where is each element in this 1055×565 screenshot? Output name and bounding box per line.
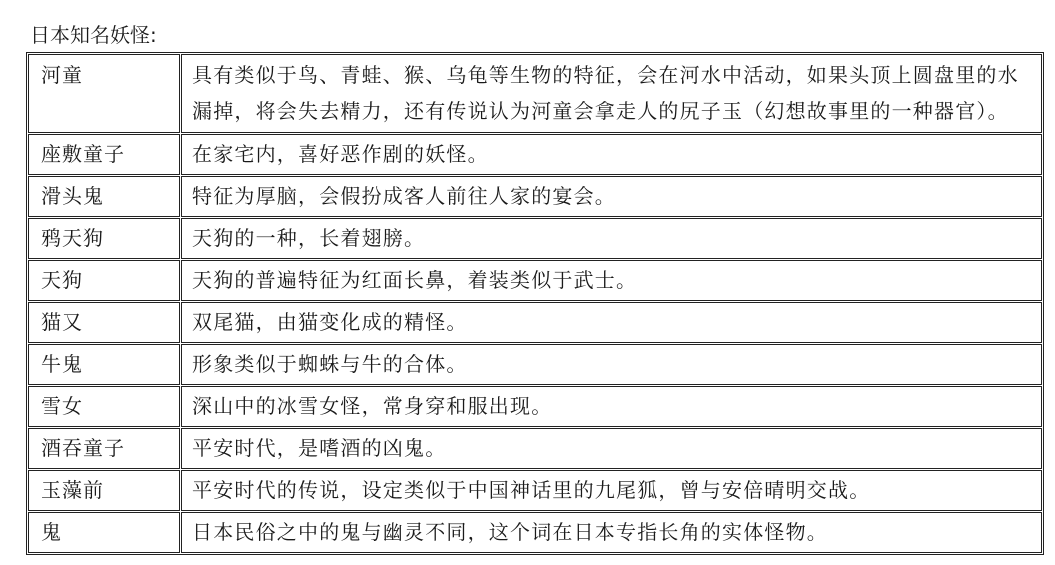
table-row: 酒吞童子 平安时代，是嗜酒的凶鬼。: [28, 428, 1042, 469]
table-row: 牛鬼 形象类似于蜘蛛与牛的合体。: [28, 344, 1042, 385]
yokai-description-cell: 深山中的冰雪女怪，常身穿和服出现。: [181, 386, 1042, 427]
table-row: 鬼 日本民俗之中的鬼与幽灵不同，这个词在日本专指长角的实体怪物。: [28, 512, 1042, 553]
yokai-name-cell: 牛鬼: [28, 344, 180, 385]
yokai-description-cell: 日本民俗之中的鬼与幽灵不同，这个词在日本专指长角的实体怪物。: [181, 512, 1042, 553]
yokai-name-cell: 滑头鬼: [28, 176, 180, 217]
yokai-name-cell: 鸦天狗: [28, 218, 180, 259]
table-row: 座敷童子 在家宅内，喜好恶作剧的妖怪。: [28, 134, 1042, 175]
yokai-name-cell: 酒吞童子: [28, 428, 180, 469]
table-row: 雪女 深山中的冰雪女怪，常身穿和服出现。: [28, 386, 1042, 427]
table-row: 天狗 天狗的普遍特征为红面长鼻，着装类似于武士。: [28, 260, 1042, 301]
yokai-name-cell: 猫又: [28, 302, 180, 343]
document-title: 日本知名妖怪:: [30, 22, 157, 48]
yokai-name-cell: 座敷童子: [28, 134, 180, 175]
yokai-description-cell: 天狗的一种，长着翅膀。: [181, 218, 1042, 259]
yokai-description-cell: 具有类似于鸟、青蛙、猴、乌龟等生物的特征，会在河水中活动，如果头顶上圆盘里的水漏…: [181, 54, 1042, 133]
table-row: 鸦天狗 天狗的一种，长着翅膀。: [28, 218, 1042, 259]
yokai-description-cell: 天狗的普遍特征为红面长鼻，着装类似于武士。: [181, 260, 1042, 301]
yokai-table: 河童 具有类似于鸟、青蛙、猴、乌龟等生物的特征，会在河水中活动，如果头顶上圆盘里…: [26, 52, 1044, 555]
yokai-name-cell: 天狗: [28, 260, 180, 301]
yokai-description-cell: 在家宅内，喜好恶作剧的妖怪。: [181, 134, 1042, 175]
yokai-name-cell: 雪女: [28, 386, 180, 427]
yokai-name-cell: 玉藻前: [28, 470, 180, 511]
yokai-description-cell: 双尾猫，由猫变化成的精怪。: [181, 302, 1042, 343]
table-row: 玉藻前 平安时代的传说，设定类似于中国神话里的九尾狐，曾与安倍晴明交战。: [28, 470, 1042, 511]
yokai-name-cell: 河童: [28, 54, 180, 133]
yokai-description-cell: 特征为厚脑，会假扮成客人前往人家的宴会。: [181, 176, 1042, 217]
yokai-description-cell: 形象类似于蜘蛛与牛的合体。: [181, 344, 1042, 385]
yokai-description-cell: 平安时代的传说，设定类似于中国神话里的九尾狐，曾与安倍晴明交战。: [181, 470, 1042, 511]
table-row: 河童 具有类似于鸟、青蛙、猴、乌龟等生物的特征，会在河水中活动，如果头顶上圆盘里…: [28, 54, 1042, 133]
table-row: 猫又 双尾猫，由猫变化成的精怪。: [28, 302, 1042, 343]
yokai-name-cell: 鬼: [28, 512, 180, 553]
table-row: 滑头鬼 特征为厚脑，会假扮成客人前往人家的宴会。: [28, 176, 1042, 217]
yokai-description-cell: 平安时代，是嗜酒的凶鬼。: [181, 428, 1042, 469]
